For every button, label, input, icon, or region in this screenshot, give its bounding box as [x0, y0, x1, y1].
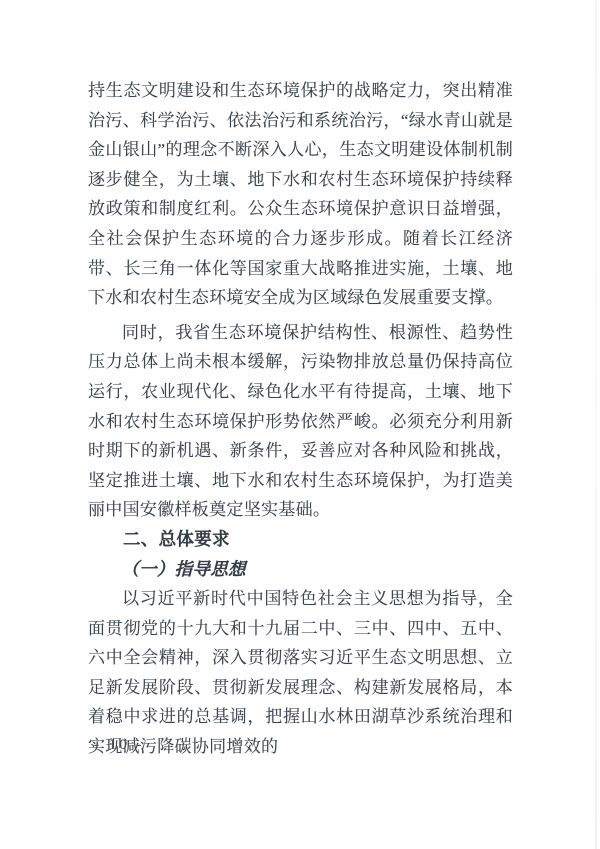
paragraph-continuation: 持生态文明建设和生态环境保护的战略定力，突出精准治污、科学治污、依法治污和系统治…	[88, 76, 513, 313]
sub-heading-guiding-ideology: （一）指导思想	[88, 555, 513, 585]
document-body: 持生态文明建设和生态环境保护的战略定力，突出精准治污、科学治污、依法治污和系统治…	[88, 76, 513, 762]
scan-edge-artifact	[595, 0, 597, 849]
paragraph-current-situation: 同时，我省生态环境保护结构性、根源性、趋势性压力总体上尚未根本缓解，污染物排放总…	[88, 318, 513, 525]
document-page: 持生态文明建设和生态环境保护的战略定力，突出精准治污、科学治污、依法治污和系统治…	[0, 0, 600, 849]
paragraph-guiding-ideology-body: 以习近平新时代中国特色社会主义思想为指导，全面贯彻党的十九大和十九届二中、三中、…	[88, 584, 513, 762]
section-heading-overall-requirements: 二、总体要求	[88, 525, 513, 555]
page-number: - 10 -	[94, 731, 145, 761]
